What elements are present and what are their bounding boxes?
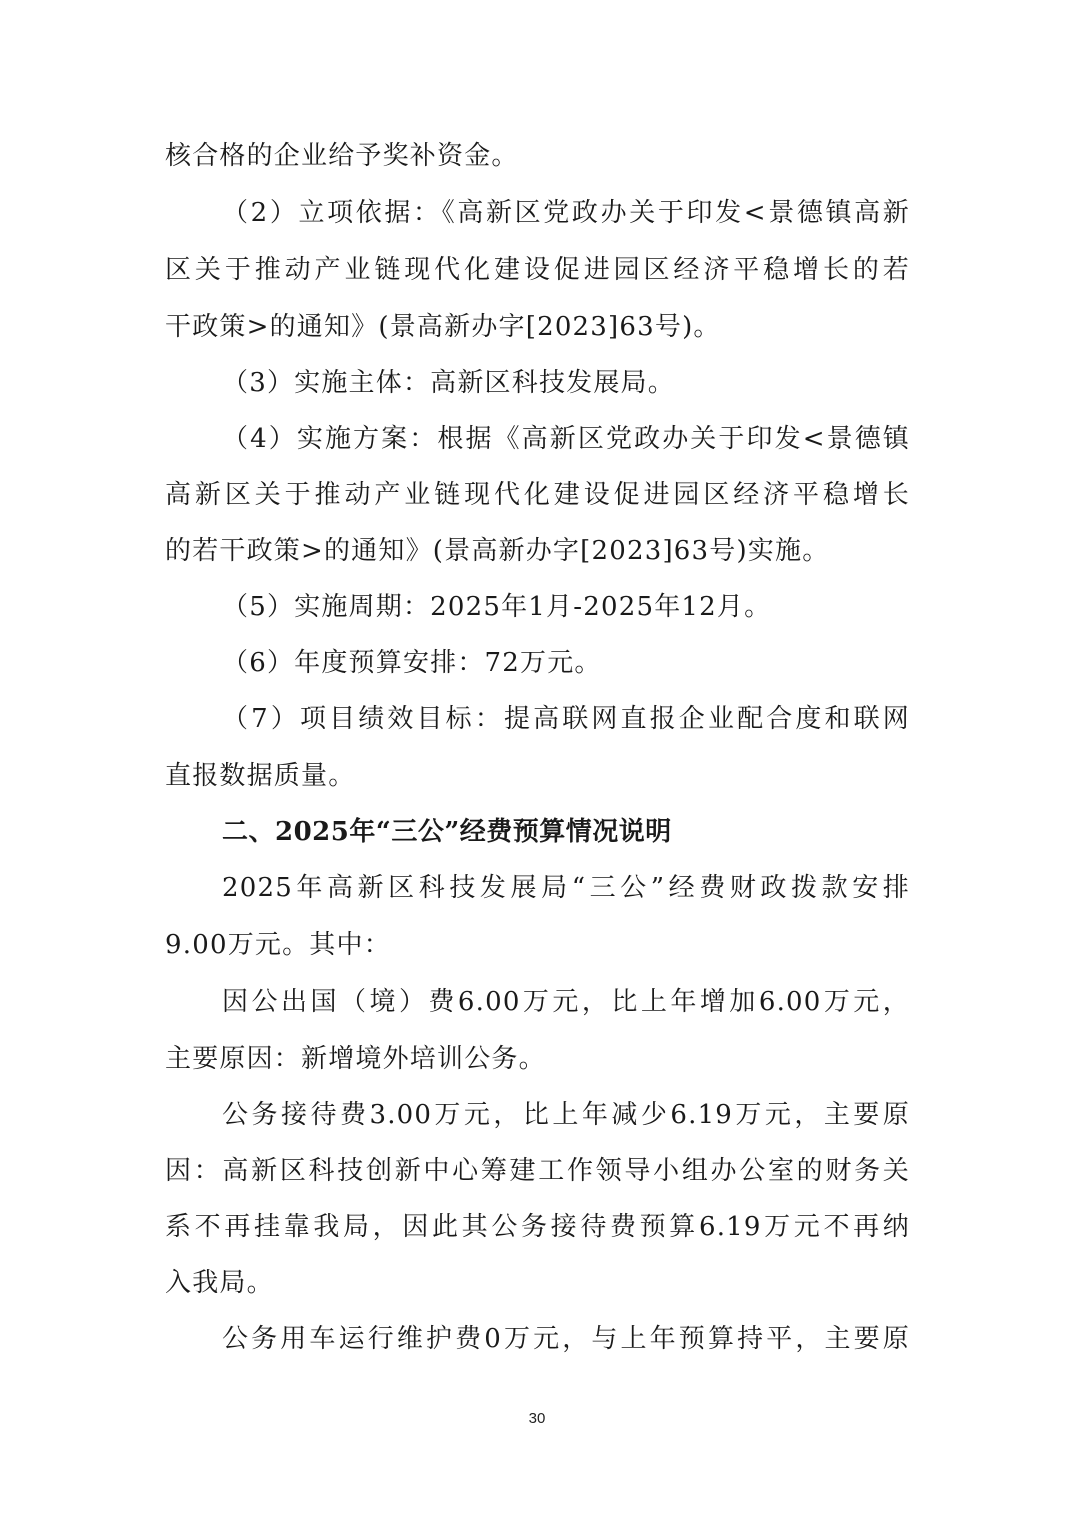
text-line: 9.00万元。其中： (165, 929, 910, 961)
text-line: 主要原因：新增境外培训公务。 (165, 1043, 910, 1075)
text-line: 直报数据质量。 (165, 760, 910, 792)
section-heading: 二、2025年“三公”经费预算情况说明 (222, 816, 910, 848)
page-number: 30 (0, 1410, 1074, 1427)
text-line: 因：高新区科技创新中心筹建工作领导小组办公室的财务关 (165, 1155, 910, 1187)
text-line: （7）项目绩效目标：提高联网直报企业配合度和联网 (222, 703, 910, 735)
text-line: （4）实施方案：根据《高新区党政办关于印发<景德镇 (222, 423, 910, 455)
text-line: 入我局。 (165, 1267, 910, 1299)
text-line: （2）立项依据：《高新区党政办关于印发<景德镇高新 (222, 197, 910, 229)
text-line: （3）实施主体：高新区科技发展局。 (222, 367, 910, 399)
text-line: 公务接待费3.00万元，比上年减少6.19万元，主要原 (222, 1099, 910, 1131)
text-line: 核合格的企业给予奖补资金。 (165, 140, 910, 172)
text-line: 公务用车运行维护费0万元，与上年预算持平，主要原 (222, 1323, 910, 1355)
text-line: 2025年高新区科技发展局“三公”经费财政拨款安排 (222, 872, 910, 904)
document-page: 核合格的企业给予奖补资金。（2）立项依据：《高新区党政办关于印发<景德镇高新区关… (0, 0, 1074, 1520)
text-line: 区关于推动产业链现代化建设促进园区经济平稳增长的若 (165, 254, 910, 286)
text-line: （5）实施周期：2025年1月-2025年12月。 (222, 591, 910, 623)
text-line: 干政策>的通知》(景高新办字[2023]63号)。 (165, 311, 910, 343)
text-line: 高新区关于推动产业链现代化建设促进园区经济平稳增长 (165, 479, 910, 511)
text-line: 的若干政策>的通知》(景高新办字[2023]63号)实施。 (165, 535, 910, 567)
text-line: （6）年度预算安排：72万元。 (222, 647, 910, 679)
text-line: 因公出国（境）费6.00万元，比上年增加6.00万元， (222, 986, 910, 1018)
text-line: 系不再挂靠我局，因此其公务接待费预算6.19万元不再纳 (165, 1211, 910, 1243)
